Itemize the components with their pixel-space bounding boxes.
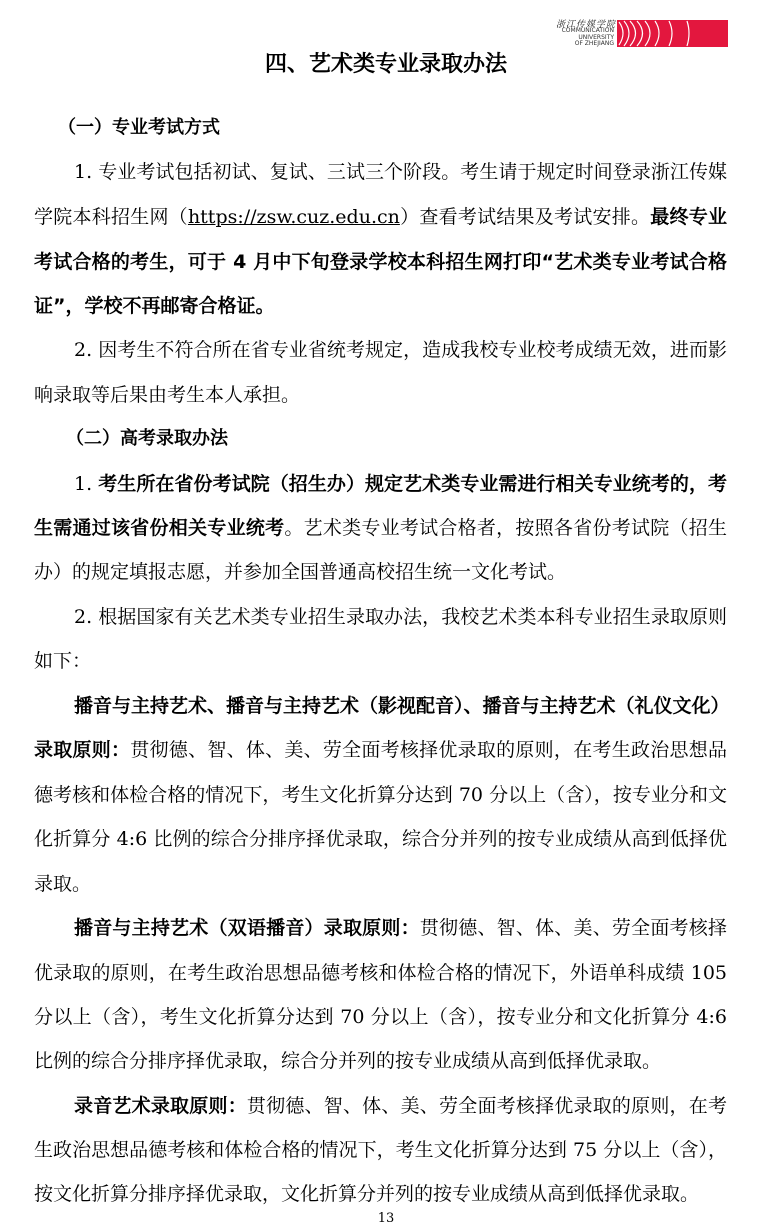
paragraph-line: 比例的综合分排序择优录取，综合分并列的按专业成绩从高到低择优录取。 <box>34 1046 727 1076</box>
paragraph-line: 录取原则：贯彻德、智、体、美、劳全面考核择优录取的原则，在考生政治思想品 <box>34 735 727 765</box>
paragraph-line: 分以上（含），考生文化折算分达到 70 分以上（含），按专业分和文化折算分 4:… <box>34 1002 727 1032</box>
paragraph-line: 学院本科招生网（https://zsw.cuz.edu.cn）查看考试结果及考试… <box>34 202 727 232</box>
university-logo: 浙江传媒学院 COMMUNICATION UNIVERSITY OF ZHEJI… <box>556 16 728 50</box>
paragraph-line: 如下： <box>34 646 727 676</box>
paragraph-line: 按文化折算分排序择优录取，文化折算分并列的按专业成绩从高到低择优录取。 <box>34 1179 727 1209</box>
paragraph-line: 1. 考生所在省份考试院（招生办）规定艺术类专业需进行相关专业统考的，考 <box>74 469 727 499</box>
rule-heading: 播音与主持艺术、播音与主持艺术（影视配音）、播音与主持艺术（礼仪文化） <box>74 691 727 721</box>
section-heading-1: （一）专业考试方式 <box>58 113 751 143</box>
paragraph-line: 生需通过该省份相关专业统考。艺术类专业考试合格者，按照各省份考试院（招生 <box>34 513 727 543</box>
logo-wave-emblem <box>617 20 728 47</box>
paragraph-line: 办）的规定填报志愿，并参加全国普通高校招生统一文化考试。 <box>34 557 727 587</box>
section-heading-2: （二）高考录取办法 <box>66 424 759 454</box>
paragraph-line: 化折算分 4:6 比例的综合分排序择优录取，综合分并列的按专业成绩从高到低择优 <box>34 824 727 854</box>
paragraph-line: 德考核和体检合格的情况下，考生文化折算分达到 70 分以上（含），按专业分和文 <box>34 780 727 810</box>
paragraph-line: 优录取的原则，在考生政治思想品德考核和体检合格的情况下，外语单科成绩 105 <box>34 958 727 988</box>
logo-name-en: COMMUNICATION UNIVERSITY OF ZHEJIANG <box>562 28 614 48</box>
paragraph-line: 证”，学校不再邮寄合格证。 <box>34 291 727 321</box>
page-number: 13 <box>0 1211 772 1226</box>
paragraph-line: 生政治思想品德考核和体检合格的情况下，考生文化折算分达到 75 分以上（含）， <box>34 1135 727 1165</box>
paragraph-line: 录音艺术录取原则：贯彻德、智、体、美、劳全面考核择优录取的原则，在考 <box>74 1091 727 1121</box>
paragraph-line: 2. 根据国家有关艺术类专业招生录取办法，我校艺术类本科专业招生录取原则 <box>74 602 727 632</box>
paragraph-line: 1. 专业考试包括初试、复试、三试三个阶段。考生请于规定时间登录浙江传媒 <box>74 157 727 187</box>
admissions-website-link[interactable]: https://zsw.cuz.edu.cn <box>188 206 400 228</box>
paragraph-line: 响录取等后果由考生本人承担。 <box>34 380 727 410</box>
paragraph-line: 考试合格的考生，可于 4 月中下旬登录学校本科招生网打印“艺术类专业考试合格 <box>34 247 727 277</box>
paragraph-line: 播音与主持艺术（双语播音）录取原则：贯彻德、智、体、美、劳全面考核择 <box>74 913 727 943</box>
page-title: 四、艺术类专业录取办法 <box>0 48 772 82</box>
paragraph-line: 2. 因考生不符合所在省专业省统考规定，造成我校专业校考成绩无效，进而影 <box>74 335 727 365</box>
paragraph-line: 录取。 <box>34 869 727 899</box>
